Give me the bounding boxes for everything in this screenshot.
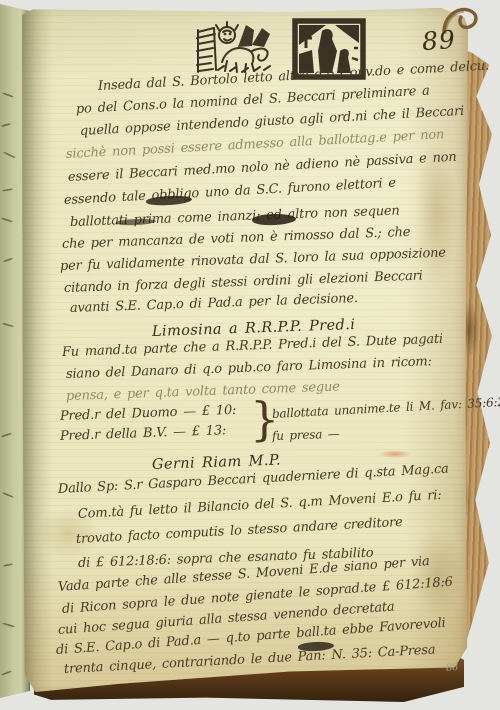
page-number: 89 [421, 25, 457, 56]
manuscript-line: Gerni Riam M.P. [152, 453, 282, 472]
handwritten-text-layer: Inseda dal S. Bortolo letto altro d.o Co… [0, 0, 500, 710]
manuscript-line: che per mancanza de voti non è rimosso d… [62, 226, 411, 251]
manuscript-line: Pred.r della B.V. — £ 13: [60, 424, 227, 443]
manuscript-line: 88 [445, 663, 458, 674]
manuscript-line: Inseda dal S. Bortolo letto altro d.o Co… [98, 60, 490, 93]
manuscript-line: ballottati prima come inanzi; ed altro n… [70, 204, 400, 229]
manuscript-line: citando in forza degli stessi ordini gli… [64, 269, 423, 295]
manuscript-line: avanti S.E. Cap.o di Pad.a per la decisi… [70, 292, 358, 315]
manuscript-line: Pred.r del Duomo — £ 10: [60, 404, 237, 423]
manuscript-scan: 89 Inseda dal S. Bortolo letto altro d.o… [0, 0, 500, 710]
ink-blot [252, 213, 297, 226]
manuscript-line: siano del Danaro di q.o pub.co faro Limo… [66, 355, 432, 381]
manuscript-line: ballottata unanime.te li M. fav: 35:6:2 [272, 396, 500, 420]
manuscript-line: pensa, e per q.ta volta tanto come segue [66, 380, 340, 403]
manuscript-line: fu presa — [272, 428, 340, 442]
manuscript-line: trovato facto computis lo stesso andare … [76, 516, 403, 546]
